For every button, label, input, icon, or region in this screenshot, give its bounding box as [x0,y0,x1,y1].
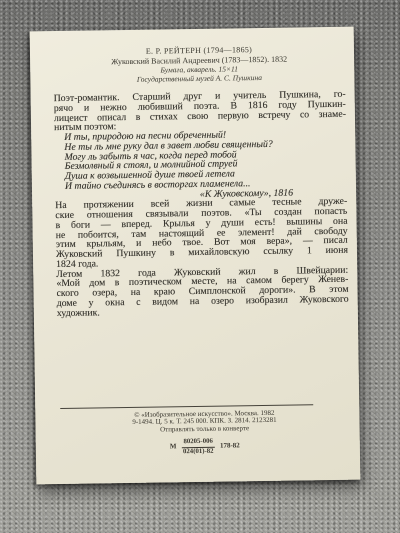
text-line: доме у окна с видом на озеро изобразил Ж… [57,294,349,308]
paragraph-1: Поэт-романтик. Старший друг и учитель Пу… [54,90,347,133]
divider-line [60,404,313,409]
imprint-block: © «Изобразительное искусство». Москва. 1… [58,404,351,459]
paragraph-3: Летом 1832 года Жуковский жил в Швейцари… [56,265,349,318]
caption-block: Е. Р. РЕЙТЕРН (1794—1865) Жуковский Васи… [53,44,346,85]
index-code: 178-82 [220,443,240,451]
index-fraction: 80205-006 024(01)-82 [181,438,215,456]
index-numerator: 80205-006 [181,438,215,448]
photo-background: Е. Р. РЕЙТЕРН (1794—1865) Жуковский Васи… [0,0,400,533]
postcard: Е. Р. РЕЙТЕРН (1794—1865) Жуковский Васи… [30,27,361,485]
index-letter: М [170,444,177,452]
poem: И ты, природою на песни обреченный!Не ты… [54,129,347,192]
index-denominator: 024(01)-82 [183,448,214,457]
text-line: Жуковский Пушкину в михайловскую ссылку … [56,246,348,260]
catalog-index: М 80205-006 024(01)-82 178-82 [59,436,351,458]
annotation-text: Поэт-романтик. Старший друг и учитель Пу… [54,90,349,319]
paragraph-2: На протяжении всей жизни самые тесные др… [55,197,348,270]
